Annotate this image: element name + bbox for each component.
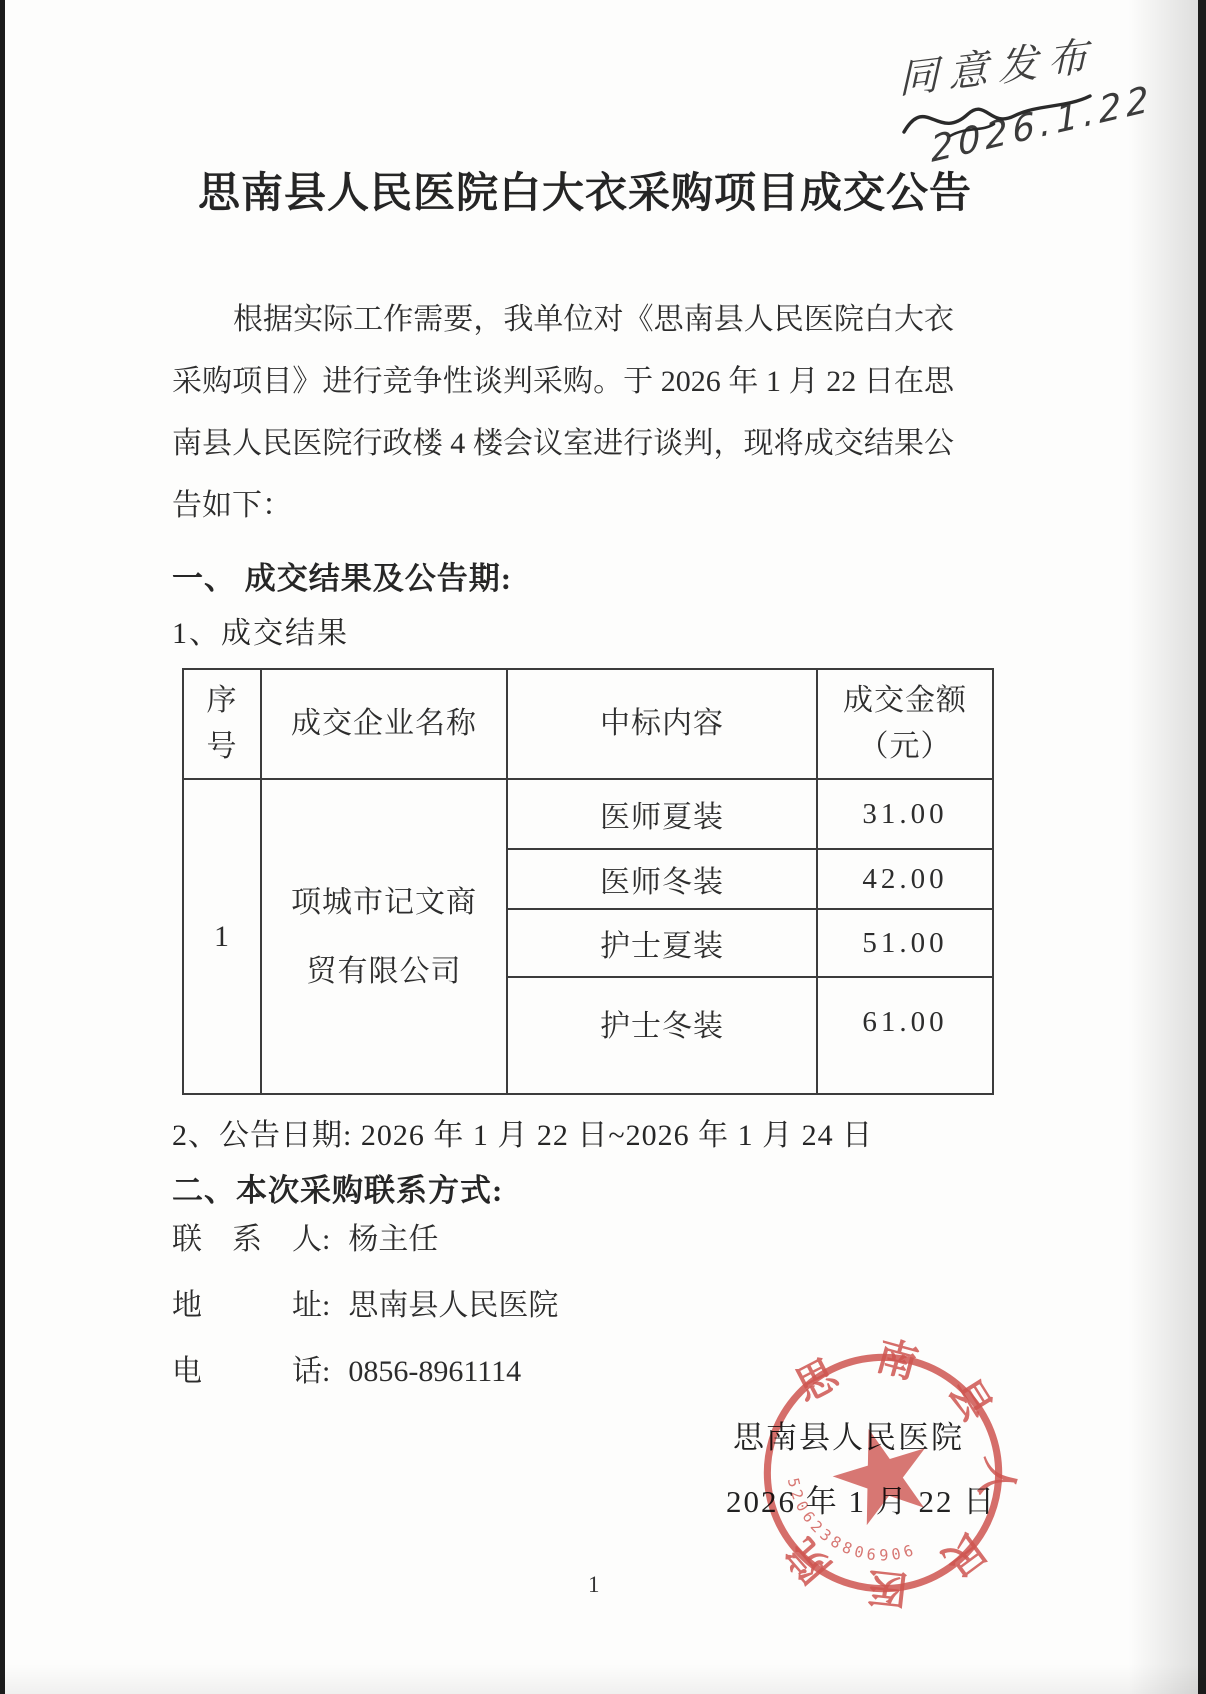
document-title: 思南县人民医院白大衣采购项目成交公告: [0, 160, 1206, 220]
contact-label: 联 系 人:: [172, 1223, 330, 1256]
paragraph-line: 告如下：: [172, 475, 954, 537]
table-item-content: 医师夏装: [508, 780, 818, 850]
section1-subheading: 1、成交结果: [172, 608, 349, 652]
contact-line: 联 系 人:杨主任: [172, 1218, 558, 1284]
table-item-content: 护士夏装: [508, 910, 818, 978]
scanned-document-page: 同意发布 2026.1.22 思南县人民医院白大衣采购项目成交公告 根据实际工作…: [0, 0, 1206, 1694]
contact-line: 电 话:0856-8961114: [172, 1350, 558, 1416]
section1-heading: 一、 成交结果及公告期:: [172, 553, 512, 598]
paragraph-line: 南县人民医院行政楼 4 楼会议室进行谈判，现将成交结果公: [172, 413, 954, 475]
scan-shadow-right: [1128, 0, 1198, 1694]
contact-label: 电 话:: [172, 1355, 330, 1388]
table-company-cell: 项城市记文商贸有限公司: [262, 780, 508, 1093]
announcement-period: 2、公告日期: 2026 年 1 月 22 日~2026 年 1 月 24 日: [172, 1110, 873, 1154]
contact-value: 杨主任: [348, 1223, 438, 1256]
contact-value: 0856-8961114: [348, 1355, 521, 1388]
scan-edge-right: [1198, 0, 1206, 1694]
scan-shadow-bottom: [0, 1664, 1206, 1694]
table-header-cell: 成交企业名称: [262, 670, 508, 780]
award-results-table: 序号成交企业名称中标内容成交金额（元）1项城市记文商贸有限公司医师夏装31.00…: [182, 668, 994, 1095]
table-header-cell: 成交金额（元）: [818, 670, 992, 780]
table-item-amount: 61.00: [818, 978, 992, 1093]
section2-heading: 二、本次采购联系方式:: [172, 1165, 503, 1210]
contact-label: 地 址:: [172, 1289, 330, 1322]
scan-edge-left: [0, 0, 5, 1694]
paragraph-line: 采购项目》进行竞争性谈判采购。于 2026 年 1 月 22 日在思: [172, 351, 954, 413]
table-header-cell: 中标内容: [508, 670, 818, 780]
table-item-amount: 51.00: [818, 910, 992, 978]
table-item-amount: 31.00: [818, 780, 992, 850]
contact-line: 地 址:思南县人民医院: [172, 1284, 558, 1350]
page-number: 1: [588, 1572, 600, 1598]
official-red-seal: 思南县人民医院 5206238806906 ★: [731, 1321, 1034, 1624]
contact-list: 联 系 人:杨主任地 址:思南县人民医院电 话:0856-8961114: [172, 1218, 558, 1416]
table-item-amount: 42.00: [818, 850, 992, 910]
paragraph-line: 根据实际工作需要，我单位对《思南县人民医院白大衣: [172, 289, 954, 351]
table-item-content: 护士冬装: [508, 978, 818, 1093]
contact-value: 思南县人民医院: [348, 1289, 558, 1322]
opening-paragraph: 根据实际工作需要，我单位对《思南县人民医院白大衣采购项目》进行竞争性谈判采购。于…: [172, 289, 954, 537]
table-item-content: 医师冬装: [508, 850, 818, 910]
table-header-cell: 序号: [184, 670, 262, 780]
table-index-cell: 1: [184, 780, 262, 1093]
